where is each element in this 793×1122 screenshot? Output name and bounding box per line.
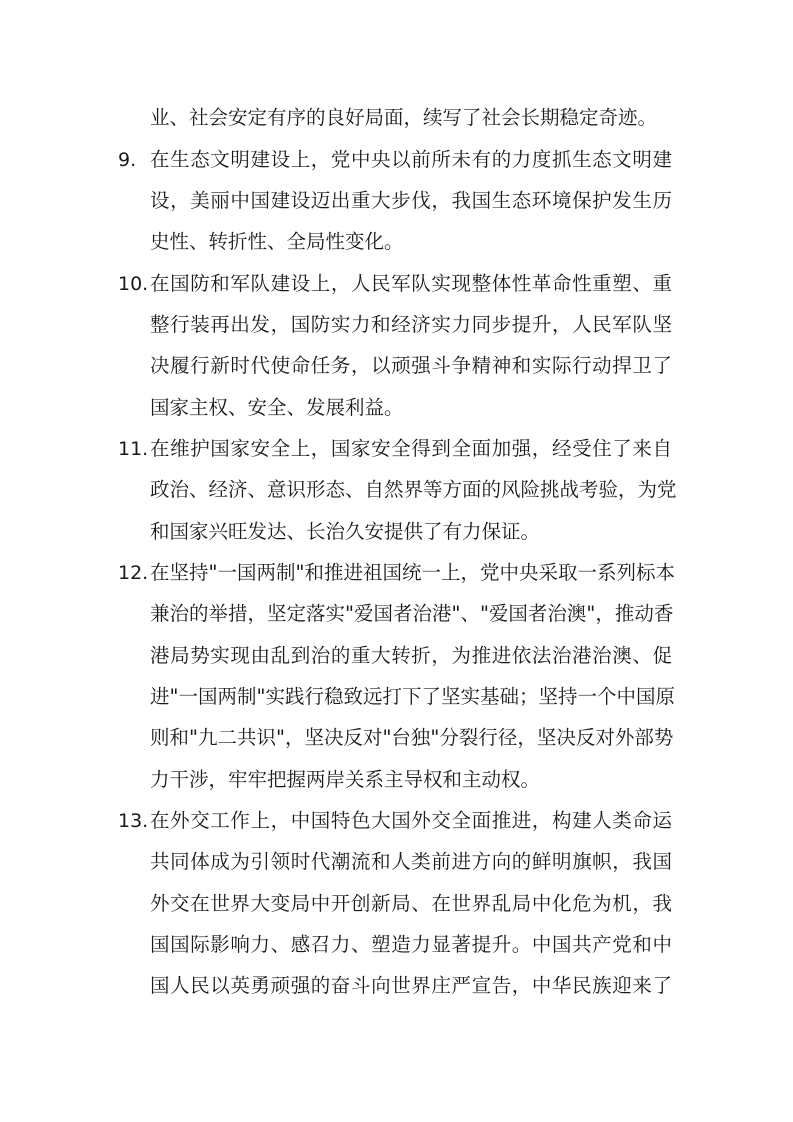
item-line: 整行装再出发，国防实力和经济实力同步提升，人民军队坚 <box>150 313 672 337</box>
item-number: 9. <box>118 148 136 172</box>
item-line: 史性、转折性、全局性变化。 <box>150 230 672 254</box>
document-page: 业、社会安定有序的良好局面，续写了社会长期稳定奇迹。 9. 在生态文明建设上，党… <box>0 0 793 1122</box>
item-line: 在外交工作上，中国特色大国外交全面推进，构建人类命运 <box>150 809 672 833</box>
item-line: 国国际影响力、感召力、塑造力显著提升。中国共产党和中 <box>150 933 672 957</box>
item-line: 在生态文明建设上，党中央以前所未有的力度抓生态文明建 <box>150 148 672 172</box>
item-line: 进"一国两制"实践行稳致远打下了坚实基础；坚持一个中国原 <box>150 685 672 709</box>
item-line: 在国防和军队建设上，人民军队实现整体性革命性重塑、重 <box>150 272 672 296</box>
item-line: 共同体成为引领时代潮流和人类前进方向的鲜明旗帜，我国 <box>150 850 672 874</box>
item-line: 国家主权、安全、发展利益。 <box>150 396 672 420</box>
item-line: 政治、经济、意识形态、自然界等方面的风险挑战考验，为党 <box>150 478 672 502</box>
item-line: 力干涉，牢牢把握两岸关系主导权和主动权。 <box>150 768 672 792</box>
item-line: 在坚持"一国两制"和推进祖国统一上，党中央采取一系列标本 <box>150 561 672 585</box>
item-number: 10. <box>118 272 148 296</box>
item-line: 兼治的举措，坚定落实"爱国者治港"、"爱国者治澳"，推动香 <box>150 602 672 626</box>
item-line: 设，美丽中国建设迈出重大步伐，我国生态环境保护发生历 <box>150 189 672 213</box>
item-line: 和国家兴旺发达、长治久安提供了有力保证。 <box>150 520 672 544</box>
item-line: 在维护国家安全上，国家安全得到全面加强，经受住了来自 <box>150 437 672 461</box>
item-number: 11. <box>118 437 148 461</box>
item-line: 外交在世界大变局中开创新局、在世界乱局中化危为机，我 <box>150 892 672 916</box>
continuation-line: 业、社会安定有序的良好局面，续写了社会长期稳定奇迹。 <box>150 106 672 130</box>
item-line: 则和"九二共识"，坚决反对"台独"分裂行径，坚决反对外部势 <box>150 726 672 750</box>
item-number: 12. <box>118 561 148 585</box>
item-line: 国人民以英勇顽强的奋斗向世界庄严宣告，中华民族迎来了 <box>150 974 672 998</box>
item-line: 港局势实现由乱到治的重大转折，为推进依法治港治澳、促 <box>150 644 672 668</box>
item-line: 决履行新时代使命任务，以顽强斗争精神和实际行动捍卫了 <box>150 354 672 378</box>
item-number: 13. <box>118 809 148 833</box>
